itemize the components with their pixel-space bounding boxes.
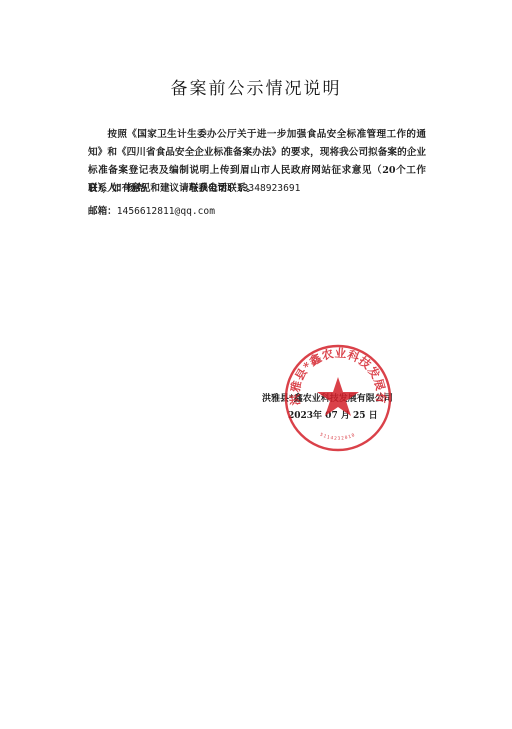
contact-person-label: 联系人： — [88, 183, 126, 194]
page-title: 备案前公示情况说明 — [0, 74, 512, 99]
svg-text:5114232010: 5114232010 — [319, 432, 357, 442]
email-value: 1456612811@qq.com — [117, 206, 215, 217]
contact-person-name: 杨尧 — [126, 183, 145, 194]
email-row: 邮箱：1456612811@qq.com — [88, 203, 215, 217]
signature-company: 洪雅县*鑫农业科技发展有限公司 — [262, 391, 393, 404]
contact-phone-value: 13348923691 — [237, 183, 301, 194]
signature-date: 2023年 07 月 25 日 — [288, 408, 378, 421]
seal-code-text: 5114232010 — [319, 432, 357, 442]
contact-phone-block: 联系电话：13348923691 — [189, 183, 301, 194]
contact-row: 联系人：杨尧 联系电话：13348923691 — [88, 180, 300, 194]
email-label: 邮箱： — [88, 206, 117, 217]
contact-phone-label: 联系电话： — [189, 183, 237, 194]
